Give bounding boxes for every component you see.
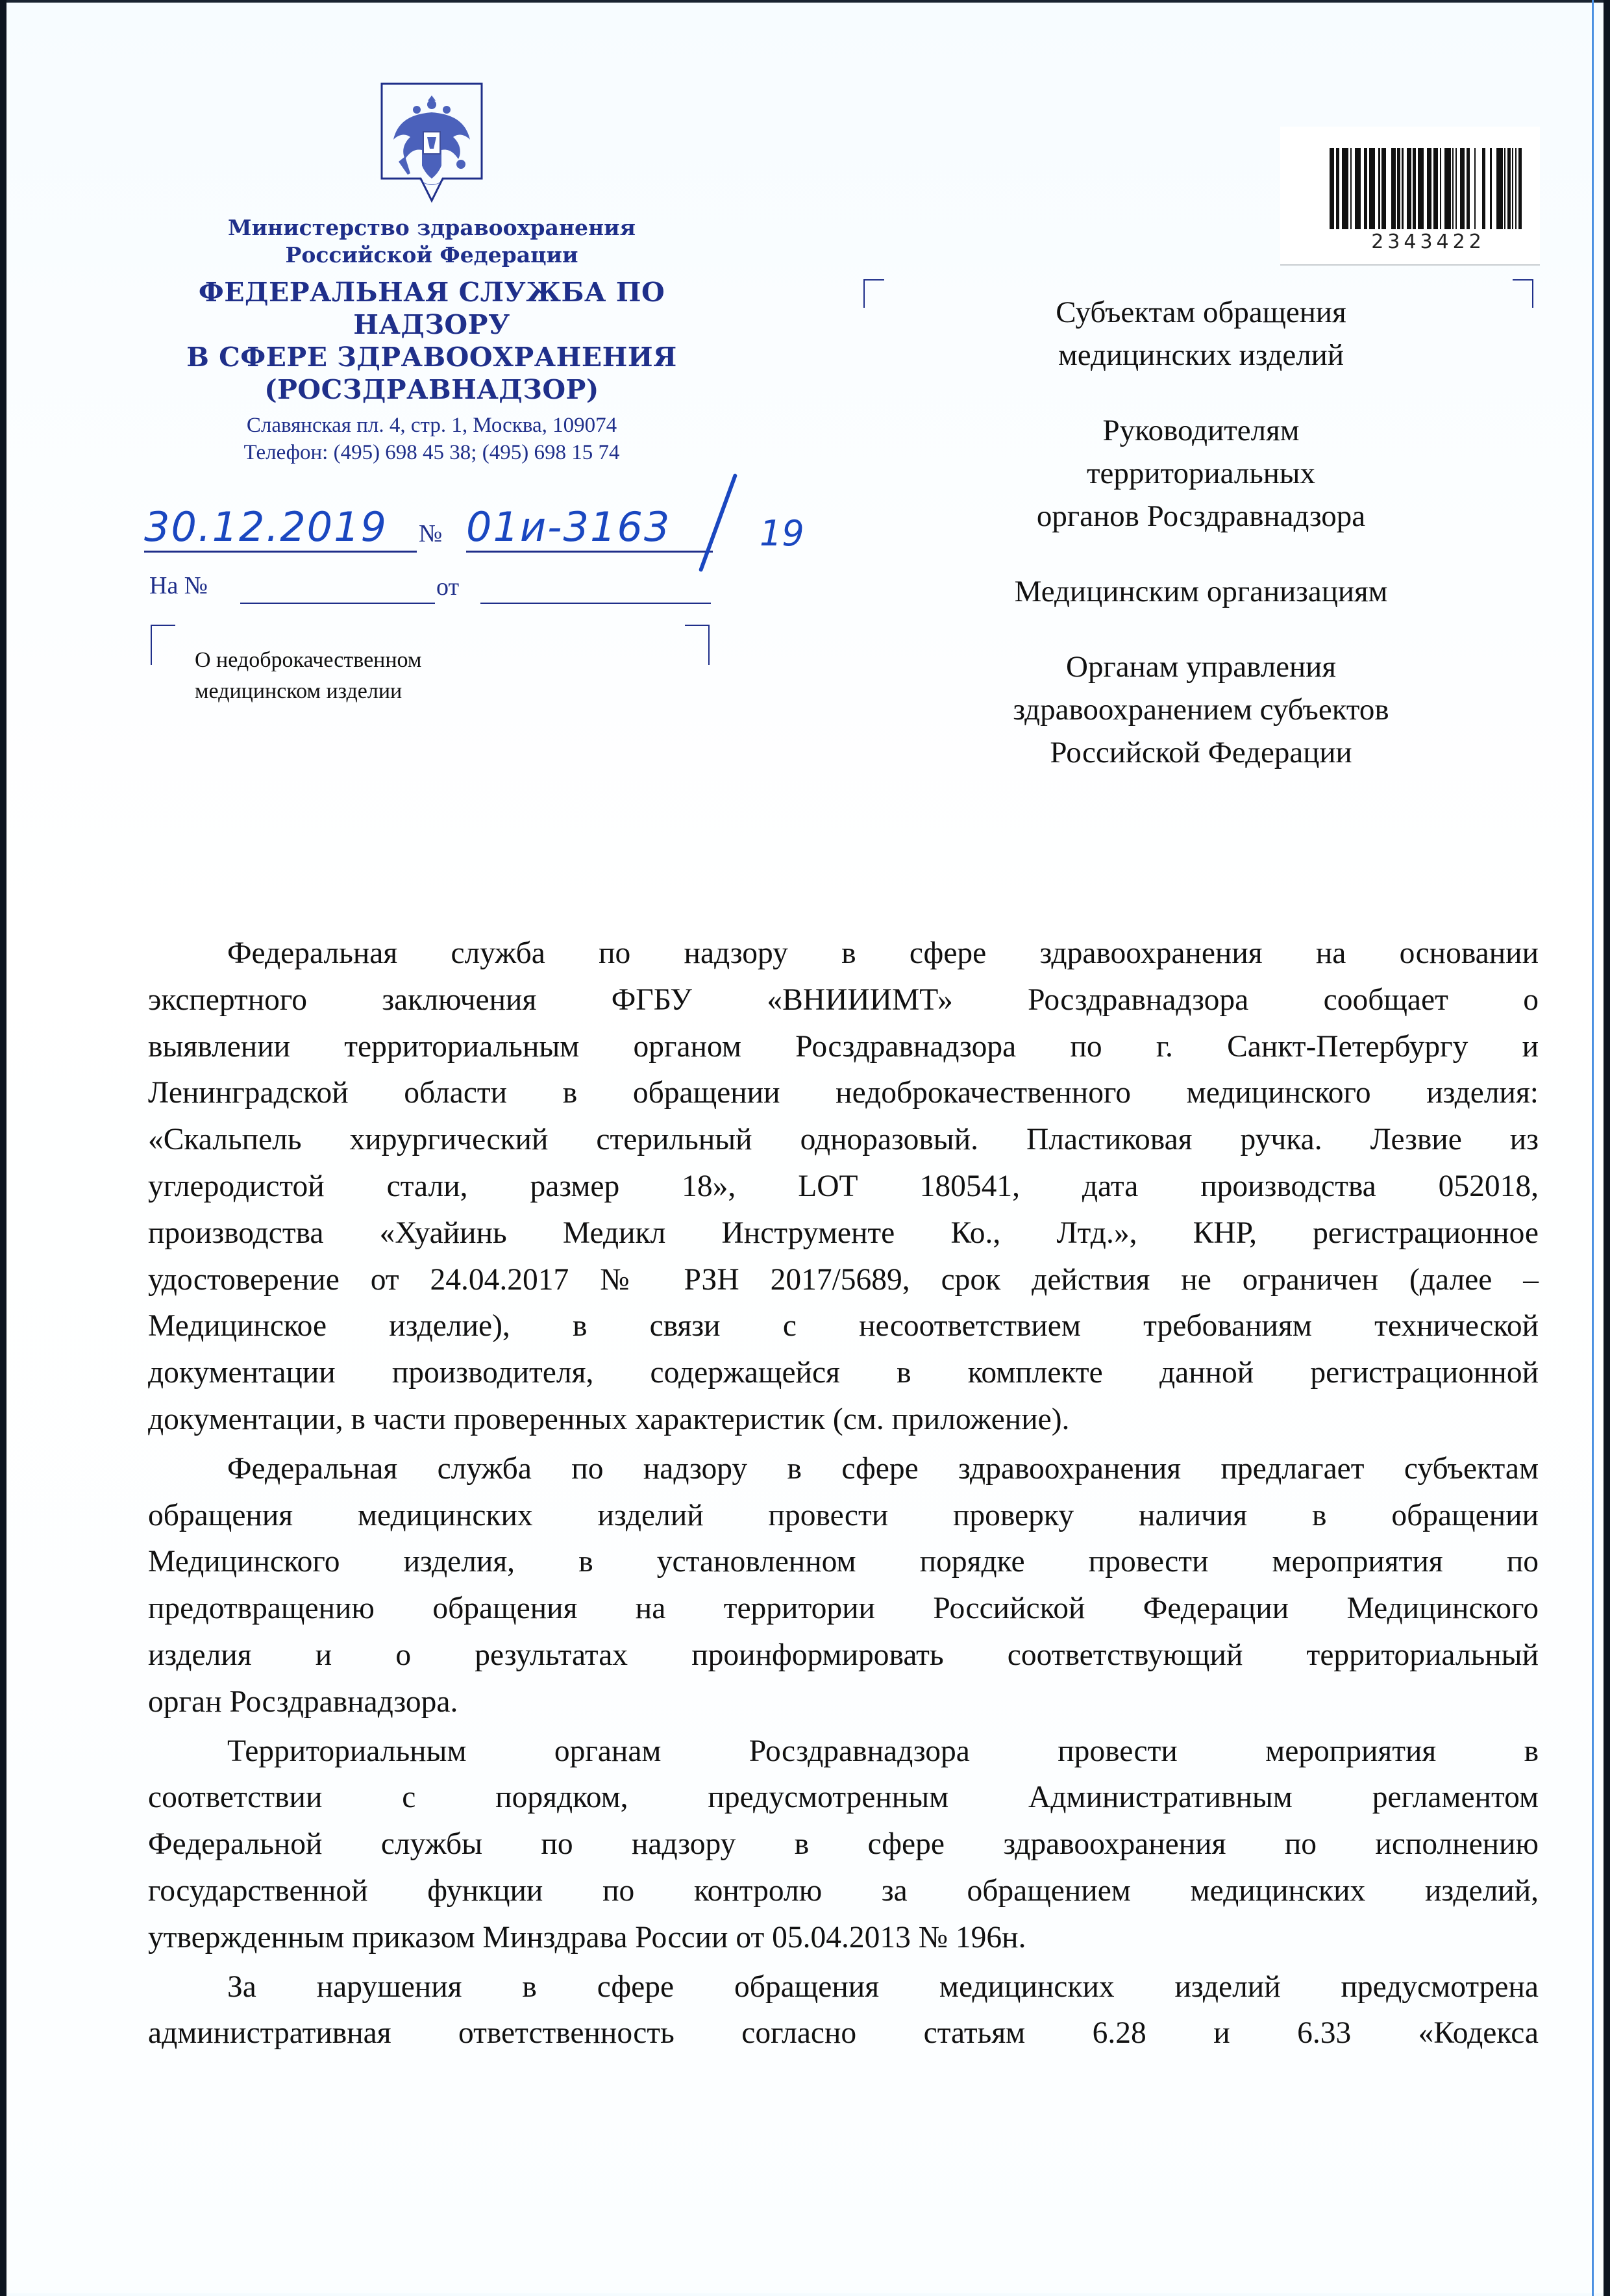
- barcode-bar: [1386, 148, 1391, 229]
- addressee-group: Субъектам обращения медицинских изделий: [909, 291, 1493, 377]
- addressee-group: Руководителям территориальных органов Ро…: [909, 409, 1493, 538]
- barcode-number: 2343422: [1331, 231, 1526, 253]
- body-line: Федеральная служба по надзору в сфере зд…: [148, 930, 1539, 977]
- number-underline: [466, 551, 713, 553]
- scan-edge-right-blue: [1592, 0, 1594, 2296]
- body-line: Федеральной службы по надзору в сфере зд…: [148, 1821, 1539, 1868]
- body-paragraph: Федеральная служба по надзору в сфере зд…: [148, 1446, 1539, 1726]
- addressee-bracket-left: [863, 279, 884, 308]
- phone-line: Телефон: (495) 698 45 38; (495) 698 15 7…: [149, 439, 714, 466]
- registration-number-suffix: 19: [760, 513, 804, 554]
- body-line: Территориальным органам Росздравнадзора …: [148, 1728, 1539, 1775]
- barcode-bar: [1369, 148, 1376, 229]
- body-line: документации производителя, содержащейся…: [148, 1350, 1539, 1397]
- barcode-bar: [1492, 148, 1496, 229]
- body-line: административная ответственность согласн…: [148, 2010, 1539, 2057]
- body-line: удостоверение от 24.04.2017 № РЗН 2017/5…: [148, 1257, 1539, 1304]
- reply-from-field: [480, 603, 711, 604]
- addressee-line: территориальных: [909, 452, 1493, 495]
- barcode-bar: [1444, 148, 1451, 229]
- body-line: производства «Хуайинь Медикл Инструменте…: [148, 1210, 1539, 1257]
- subject: О недоброкачественном медицинском издели…: [195, 645, 584, 707]
- body-paragraph: Федеральная служба по надзору в сфере зд…: [148, 930, 1539, 1443]
- barcode-bar: [1485, 148, 1490, 229]
- ministry-line: Министерство здравоохранения: [149, 214, 714, 242]
- body-line: соответствии с порядком, предусмотренным…: [148, 1775, 1539, 1821]
- body-line: Федеральная служба по надзору в сфере зд…: [148, 1446, 1539, 1493]
- barcode-bar: [1355, 148, 1361, 229]
- subject-bracket-right: [685, 625, 710, 665]
- body-line: углеродистой стали, размер 18», LOT 1805…: [148, 1164, 1539, 1210]
- barcode-bar: [1342, 148, 1348, 229]
- body-line: Медицинское изделие), в связи с несоотве…: [148, 1303, 1539, 1350]
- scan-edge-right: [1604, 0, 1610, 2296]
- addressee-line: Субъектам обращения: [909, 291, 1493, 334]
- addressee-line: здравоохранением субъектов: [909, 688, 1493, 731]
- body-line: За нарушения в сфере обращения медицинск…: [148, 1964, 1539, 2011]
- body-line: Ленинградской области в обращении недобр…: [148, 1070, 1539, 1117]
- subject-line: О недоброкачественном: [195, 645, 584, 676]
- barcode-bar: [1496, 148, 1503, 229]
- addressee-group: Медицинским организациям: [909, 570, 1493, 613]
- registration-number: 01и-3163: [466, 503, 671, 551]
- service-line: (РОСЗДРАВНАДЗОР): [130, 373, 734, 406]
- service-line: В СФЕРЕ ЗДРАВООХРАНЕНИЯ: [130, 341, 734, 373]
- addressee-line: Органам управления: [909, 645, 1493, 688]
- addressee-bracket-right: [1513, 279, 1533, 308]
- body-line: орган Росздравнадзора.: [148, 1679, 1539, 1726]
- body-line: выявлении территориальным органом Росздр…: [148, 1024, 1539, 1071]
- body-line: Медицинского изделия, в установленном по…: [148, 1539, 1539, 1586]
- body-line: утвержденным приказом Минздрава России о…: [148, 1915, 1539, 1962]
- body-paragraph: Территориальным органам Росздравнадзора …: [148, 1728, 1539, 1962]
- addressee-line: Российской Федерации: [909, 731, 1493, 774]
- reply-to-label: На №: [149, 571, 208, 600]
- barcode-bar: [1470, 148, 1474, 229]
- body-line: предотвращению обращения на территории Р…: [148, 1586, 1539, 1632]
- body-line: обращения медицинских изделий провести п…: [148, 1493, 1539, 1540]
- subject-line: медицинском изделии: [195, 676, 584, 707]
- coat-of-arms-icon: [379, 81, 484, 205]
- barcode-bar: [1476, 148, 1482, 229]
- addressee-block: Субъектам обращения медицинских изделий …: [909, 291, 1493, 806]
- service-line: ФЕДЕРАЛЬНАЯ СЛУЖБА ПО НАДЗОРУ: [130, 276, 734, 341]
- reply-from-label: от: [436, 573, 459, 601]
- scan-edge-left: [0, 0, 6, 2296]
- addressee-line: Руководителям: [909, 409, 1493, 452]
- subject-bracket-left: [151, 625, 175, 665]
- barcode-bar: [1518, 148, 1522, 229]
- date-underline: [144, 551, 417, 553]
- service-name: ФЕДЕРАЛЬНАЯ СЛУЖБА ПО НАДЗОРУ В СФЕРЕ ЗД…: [130, 276, 734, 406]
- body-line: экспертного заключения ФГБУ «ВНИИИМТ» Ро…: [148, 977, 1539, 1024]
- ministry-name: Министерство здравоохранения Российской …: [149, 214, 714, 269]
- barcode-bar: [1433, 148, 1438, 229]
- addressee-group: Органам управления здравоохранением субъ…: [909, 645, 1493, 774]
- barcode: [1330, 148, 1522, 229]
- address-line: Славянская пл. 4, стр. 1, Москва, 109074: [149, 412, 714, 439]
- barcode-bar: [1460, 148, 1465, 229]
- body-line: государственной функции по контролю за о…: [148, 1868, 1539, 1915]
- addressee-line: медицинских изделий: [909, 334, 1493, 377]
- addressee-line: Медицинским организациям: [909, 570, 1493, 613]
- barcode-bar: [1381, 148, 1386, 229]
- number-sign: №: [419, 519, 442, 548]
- barcode-bar: [1330, 148, 1334, 229]
- barcode-bar: [1427, 148, 1431, 229]
- barcode-bar: [1391, 148, 1396, 229]
- body-line: «Скальпель хирургический стерильный одно…: [148, 1117, 1539, 1164]
- body-line: изделия и о результатах проинформировать…: [148, 1632, 1539, 1679]
- body-line: документации, в части проверенных характ…: [148, 1397, 1539, 1443]
- addressee-line: органов Росздравнадзора: [909, 495, 1493, 538]
- barcode-bar: [1418, 148, 1424, 229]
- registration-date: 30.12.2019: [144, 503, 388, 551]
- body-paragraph: За нарушения в сфере обращения медицинск…: [148, 1964, 1539, 2058]
- ministry-line: Российской Федерации: [149, 242, 714, 269]
- reply-to-field: [240, 603, 435, 604]
- service-address: Славянская пл. 4, стр. 1, Москва, 109074…: [149, 412, 714, 466]
- letter-body: Федеральная служба по надзору в сфере зд…: [148, 930, 1539, 2060]
- barcode-bar: [1407, 148, 1411, 229]
